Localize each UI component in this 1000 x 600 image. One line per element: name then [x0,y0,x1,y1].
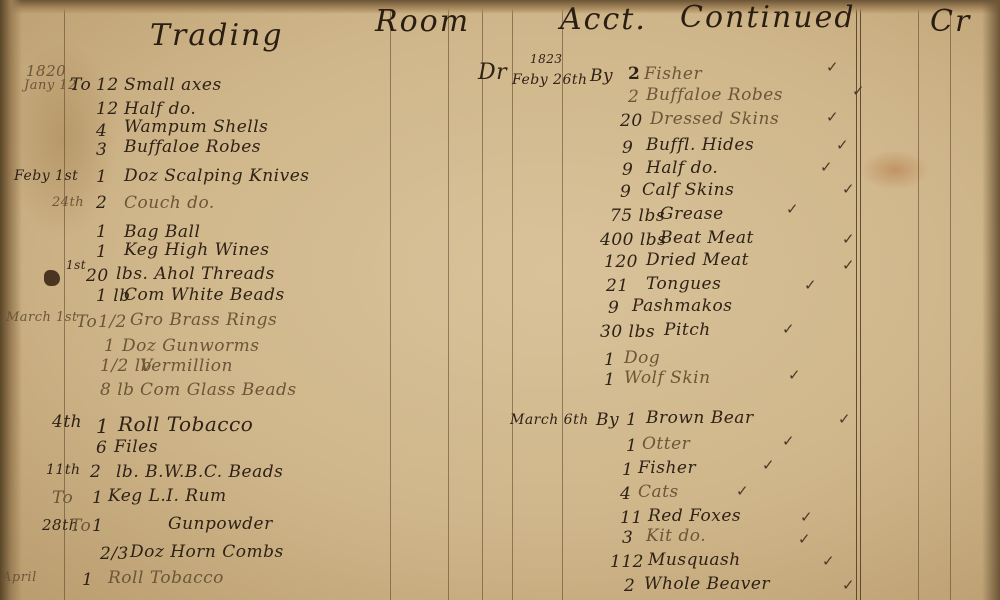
check-mark-icon: ✓ [852,82,865,100]
entry-item: Keg L.I. Rum [108,486,227,506]
entry-qty: 20 [86,266,109,286]
check-mark-icon: ✓ [782,320,795,338]
column-rule [512,0,513,600]
entry-item: Doz Scalping Knives [124,166,310,186]
entry-qty: 1 [92,488,103,508]
right-year: 1823 [530,52,563,66]
entry-item: Pitch [664,320,711,340]
entry-prefix: To [76,312,97,332]
ink-blot [44,270,60,286]
entry-date: 1st [66,258,86,272]
check-mark-icon: ✓ [842,576,855,594]
entry-qty: 1 [622,460,633,480]
check-mark-icon: ✓ [788,366,801,384]
entry-qty: 1 [626,436,637,456]
entry-qty: 4 [620,484,631,504]
entry-item: Roll Tobacco [118,412,253,436]
entry-item: Calf Skins [642,180,734,200]
entry-qty: 1 [604,370,615,390]
entry-qty: 4 [96,121,107,141]
entry-prefix: To [70,516,91,536]
entry-date: March 1st [6,310,78,325]
check-mark-icon: ✓ [820,158,833,176]
entry-item: lb. B.W.B.C. Beads [116,462,283,482]
entry-item: Pashmakos [632,296,733,316]
entry-item: Files [114,437,158,457]
credit-header: Cr [930,4,971,39]
entry-item: Musquash [648,550,741,570]
check-mark-icon: ✓ [786,200,799,218]
entry-item: Buffaloe Robes [124,137,261,157]
entry-item: Wampum Shells [124,117,268,137]
check-mark-icon: ✓ [836,136,849,154]
entry-item: Gunpowder [168,514,273,534]
entry-date: 24th [52,195,84,210]
check-mark-icon: ✓ [798,530,811,548]
entry-item: Roll Tobacco [108,568,224,588]
entry-item: Com Glass Beads [140,380,297,400]
entry-qty: 75 lbs [610,206,665,226]
check-mark-icon: ✓ [842,180,855,198]
entry-prefix: By [596,410,619,430]
page-title-room: Room [375,4,470,39]
entry-item: Doz Horn Combs [130,542,284,562]
check-mark-icon: ✓ [842,256,855,274]
entry-prefix: By [590,66,613,86]
entry-item: Beat Meat [660,228,754,248]
entry-item: Kit do. [646,526,706,546]
entry-qty: 11 [620,508,643,528]
entry-prefix: To [70,75,91,95]
check-mark-icon: ✓ [736,482,749,500]
entry-qty: 8 lb [100,380,135,400]
entry-qty: 120 [604,252,638,272]
column-rule [918,0,919,600]
page-edge-right [982,0,1000,600]
ledger-page: Trading Room Acct. Continued Cr Dr 1820 … [0,0,1000,600]
entry-qty: 1 [92,516,103,536]
entry-item: Doz Gunworms [122,336,259,356]
entry-item: Vermillion [140,356,233,376]
check-mark-icon: ✓ [762,456,775,474]
check-mark-icon: ✓ [800,508,813,526]
entry-date: 11th [46,462,80,478]
entry-qty: 2/3 [100,544,129,564]
entry-item: Fisher [644,64,702,84]
column-rule [482,0,483,600]
entry-item: Fisher [638,458,696,478]
entry-date: March 6th [510,412,589,428]
entry-item: Half do. [646,158,718,178]
entry-qty: 9 [620,182,631,202]
entry-qty: 1 [82,570,93,590]
check-mark-icon: ✓ [826,58,839,76]
entry-date: Feby 1st [14,168,78,184]
entry-item: Buffl. Hides [646,135,754,155]
entry-item: Red Foxes [648,506,741,526]
entry-item: Whole Beaver [644,574,770,594]
entry-qty: 2 [624,576,635,596]
entry-qty: 400 lbs [600,230,666,250]
entry-item: Half do. [124,99,196,119]
entry-qty: 2 [628,87,639,107]
page-title-continued: Continued [680,0,856,35]
ink-stain [860,150,930,190]
entry-item: Bag Ball [124,222,200,242]
entry-item: Tongues [646,274,721,294]
entry-item: Couch do. [124,193,215,213]
entry-item: Buffaloe Robes [646,85,783,105]
entry-qty: 1 [96,242,107,262]
entry-qty: 1/2 [98,312,127,332]
entry-qty: 1 [104,336,115,356]
entry-qty: 20 [620,111,643,131]
entry-item: Small axes [124,75,222,95]
entry-item: Wolf Skin [624,368,711,388]
entry-item: Keg High Wines [124,240,269,260]
check-mark-icon: ✓ [804,276,817,294]
entry-qty: 2 [96,193,107,213]
check-mark-icon: ✓ [838,410,851,428]
entry-qty: 2 [628,64,640,84]
entry-qty: 6 [96,438,107,458]
entry-qty: 3 [622,528,633,548]
page-edge-left [0,0,22,600]
entry-qty: 9 [622,160,633,180]
entry-qty: 1 [96,222,107,242]
entry-qty: 30 lbs [600,322,655,342]
entry-item: Dressed Skins [650,109,779,129]
column-rule [390,0,391,600]
entry-item: Grease [660,204,724,224]
entry-prefix: To [52,488,73,508]
entry-item: Cats [638,482,679,502]
entry-date: April [2,570,37,585]
check-mark-icon: ✓ [842,230,855,248]
column-rule [562,0,563,600]
check-mark-icon: ✓ [822,552,835,570]
entry-qty: 21 [606,276,629,296]
entry-qty: 1 [604,350,615,370]
entry-qty: 9 [622,138,633,158]
entry-qty: 1 [626,410,637,430]
entry-item: Gro Brass Rings [130,310,277,330]
page-title-acct: Acct. [560,2,647,37]
entry-qty: 1 [96,167,107,187]
check-mark-icon: ✓ [782,432,795,450]
entry-qty: 112 [610,552,644,572]
page-title: Trading [150,18,284,53]
entry-item: lbs. Ahol Threads [116,264,275,284]
entry-item: Dried Meat [646,250,749,270]
entry-item: Otter [642,434,690,454]
entry-item: Dog [624,348,660,368]
entry-item: Com White Beads [124,285,285,305]
column-rule [448,0,449,600]
check-mark-icon: ✓ [826,108,839,126]
entry-qty: 12 [96,75,119,95]
entry-qty: 2 [90,462,101,482]
column-rule [950,0,951,600]
entry-date: Feby 26th [512,72,588,88]
entry-date: 4th [52,412,82,432]
entry-item: Brown Bear [646,408,754,428]
debit-header: Dr [478,60,507,85]
entry-qty: 12 [96,99,119,119]
entry-qty: 1 [96,414,109,438]
entry-qty: 9 [608,298,619,318]
entry-date: Jany 12 [24,78,77,93]
entry-qty: 3 [96,140,107,160]
